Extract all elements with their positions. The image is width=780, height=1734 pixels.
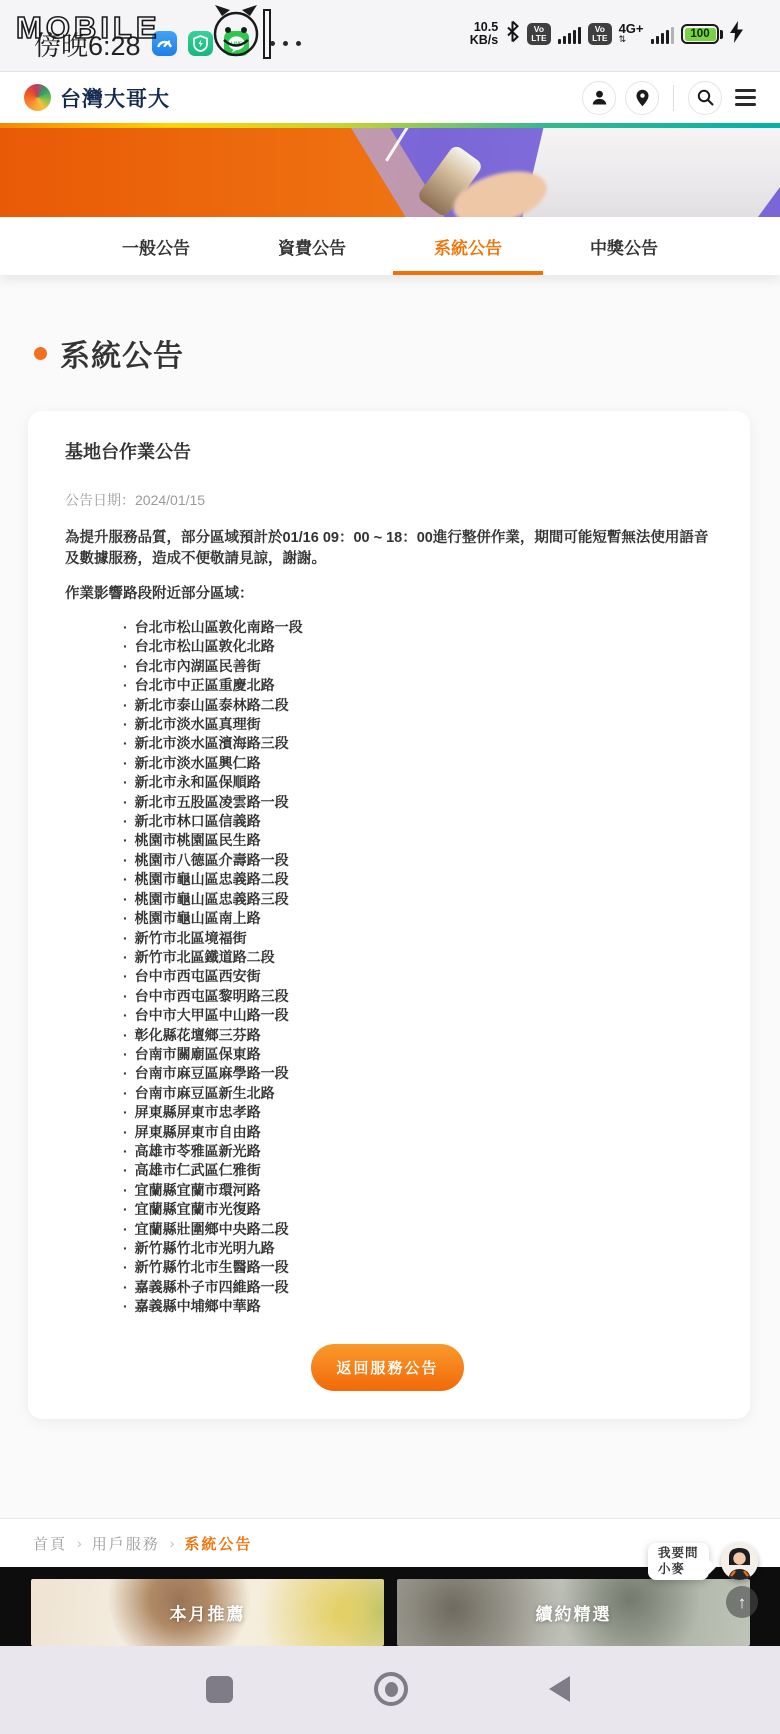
promo-label: 本月推薦 <box>170 1600 246 1625</box>
site-header: 台灣大哥大 <box>0 72 780 123</box>
affected-area-item: 高雄市仁武區仁雅街 <box>123 1161 710 1180</box>
announcement-tabs: 一般公告 資費公告 系統公告 中獎公告 <box>0 217 780 275</box>
tab-general[interactable]: 一般公告 <box>78 234 234 259</box>
chat-line1: 我要問 <box>658 1546 699 1562</box>
header-actions <box>582 81 756 115</box>
announcement-body: 為提升服務品質，部分區域預計於01/16 09：00 ~ 18：00進行整併作業… <box>65 528 710 570</box>
breadcrumb-separator-icon: › <box>170 1535 175 1551</box>
clock: 傍晚6:28 <box>34 24 141 63</box>
status-right-cluster: 10.5KB/s VoLTE VoLTE 4G+ ⇅ 100 <box>470 20 744 48</box>
volte-badge-2: VoLTE <box>588 23 611 45</box>
line-app-icon: LINE <box>224 31 249 56</box>
affected-area-item: 宜蘭縣壯圍鄉中央路二段 <box>123 1220 710 1239</box>
search-icon[interactable] <box>688 81 722 115</box>
battery-shield-icon <box>188 31 213 56</box>
bluetooth-icon <box>505 20 520 48</box>
section-heading: 系統公告 <box>34 335 780 371</box>
up-arrow-icon: ↑ <box>738 1594 747 1611</box>
store-locator-icon[interactable] <box>625 81 659 115</box>
affected-area-item: 新竹市北區境福街 <box>123 929 710 948</box>
affected-area-item: 嘉義縣中埔鄉中華路 <box>123 1297 710 1316</box>
announcement-title: 基地台作業公告 <box>65 438 710 464</box>
signal-bars-2-icon <box>651 25 675 44</box>
speedtest-icon <box>152 31 177 56</box>
affected-area-item: 高雄市苓雅區新光路 <box>123 1142 710 1161</box>
promo-card-monthly[interactable]: 本月推薦 <box>31 1579 384 1646</box>
recents-button[interactable] <box>206 1676 233 1703</box>
brand-name: 台灣大哥大 <box>60 83 170 113</box>
affected-area-item: 新北市林口區信義路 <box>123 812 710 831</box>
affected-area-item: 台北市中正區重慶北路 <box>123 676 710 695</box>
updown-arrows-icon: ⇅ <box>619 34 627 45</box>
breadcrumb-current: 系統公告 <box>184 1533 252 1554</box>
breadcrumb-customer-service[interactable]: 用戶服務 <box>92 1533 160 1554</box>
affected-area-item: 彰化縣花壇鄉三芬路 <box>123 1026 710 1045</box>
back-button[interactable] <box>549 1676 570 1702</box>
page-content: 系統公告 基地台作業公告 公告日期：2024/01/15 為提升服務品質，部分區… <box>0 275 780 1518</box>
affected-areas-list: 台北市松山區敦化南路一段台北市松山區敦化北路台北市內湖區民善街台北市中正區重慶北… <box>65 618 710 1317</box>
affected-area-item: 台中市大甲區中山路一段 <box>123 1006 710 1025</box>
active-tab-underline <box>393 271 543 275</box>
android-nav-bar <box>0 1646 780 1734</box>
affected-area-item: 新北市淡水區濱海路三段 <box>123 734 710 753</box>
status-left-cluster: 傍晚6:28 LINE <box>34 24 301 63</box>
page-title: 系統公告 <box>60 331 184 375</box>
affected-area-item: 新北市泰山區泰林路二段 <box>123 696 710 715</box>
announcement-date: 公告日期：2024/01/15 <box>65 490 710 510</box>
chatbot-avatar[interactable] <box>721 1543 758 1580</box>
breadcrumb-separator-icon: › <box>77 1535 82 1551</box>
affected-area-item: 新北市五股區凌雲路一段 <box>123 793 710 812</box>
account-icon[interactable] <box>582 81 616 115</box>
svg-text:LINE: LINE <box>230 41 242 47</box>
section-bullet-icon <box>34 347 47 360</box>
charging-bolt-icon <box>730 21 744 48</box>
phone-screen: MOBILE 傍晚6:28 LINE <box>0 0 780 1734</box>
affected-areas-intro: 作業影響路段附近部分區域： <box>65 584 710 605</box>
affected-area-item: 屏東縣屏東市自由路 <box>123 1123 710 1142</box>
banner-person-photo <box>520 128 780 217</box>
hero-banner <box>0 128 780 217</box>
announcement-card: 基地台作業公告 公告日期：2024/01/15 為提升服務品質，部分區域預計於0… <box>28 411 750 1419</box>
affected-area-item: 台南市麻豆區新生北路 <box>123 1084 710 1103</box>
affected-area-item: 桃園市八德區介壽路一段 <box>123 851 710 870</box>
affected-area-item: 屏東縣屏東市忠孝路 <box>123 1103 710 1122</box>
network-speed: 10.5KB/s <box>470 21 498 47</box>
affected-area-item: 台北市松山區敦化南路一段 <box>123 618 710 637</box>
affected-area-item: 新北市永和區保順路 <box>123 773 710 792</box>
header-divider <box>673 85 674 111</box>
brand[interactable]: 台灣大哥大 <box>24 83 170 113</box>
battery-level: 100 <box>685 28 716 41</box>
affected-area-item: 桃園市龜山區南上路 <box>123 909 710 928</box>
taiwan-mobile-logo-icon <box>24 84 51 111</box>
affected-area-item: 新竹縣竹北市光明九路 <box>123 1239 710 1258</box>
affected-area-item: 嘉義縣朴子市四維路一段 <box>123 1278 710 1297</box>
affected-area-item: 桃園市龜山區忠義路二段 <box>123 870 710 889</box>
affected-area-item: 桃園市桃園區民生路 <box>123 831 710 850</box>
more-notifications-icon <box>270 41 301 46</box>
menu-icon[interactable] <box>735 89 756 106</box>
chat-prompt-bubble[interactable]: 我要問 小麥 <box>648 1543 709 1580</box>
promo-card-renewal[interactable]: 續約精選 <box>397 1579 750 1646</box>
affected-area-item: 台南市關廟區保東路 <box>123 1045 710 1064</box>
affected-area-item: 台北市松山區敦化北路 <box>123 637 710 656</box>
affected-area-item: 新北市淡水區興仁路 <box>123 754 710 773</box>
affected-area-item: 台中市西屯區西安街 <box>123 967 710 986</box>
promo-label: 續約精選 <box>536 1600 612 1625</box>
affected-area-item: 新竹市北區鐵道路二段 <box>123 948 710 967</box>
tab-rates[interactable]: 資費公告 <box>234 234 390 259</box>
affected-area-item: 台北市內湖區民善街 <box>123 657 710 676</box>
affected-area-item: 桃園市龜山區忠義路三段 <box>123 890 710 909</box>
status-bar: MOBILE 傍晚6:28 LINE <box>0 0 780 72</box>
chat-line2: 小麥 <box>658 1562 699 1578</box>
tab-winners[interactable]: 中獎公告 <box>546 234 702 259</box>
network-type: 4G+ ⇅ <box>619 23 644 45</box>
affected-area-item: 宜蘭縣宜蘭市光復路 <box>123 1200 710 1219</box>
affected-area-item: 新北市淡水區真理街 <box>123 715 710 734</box>
home-button[interactable] <box>374 1672 408 1706</box>
tab-system[interactable]: 系統公告 <box>390 234 546 259</box>
breadcrumb-home[interactable]: 首頁 <box>33 1533 67 1554</box>
volte-badge: VoLTE <box>527 23 550 45</box>
battery-indicator: 100 <box>681 24 723 44</box>
affected-area-item: 新竹縣竹北市生醫路一段 <box>123 1258 710 1277</box>
back-to-announcements-button[interactable]: 返回服務公告 <box>311 1344 463 1391</box>
affected-area-item: 台中市西屯區黎明路三段 <box>123 987 710 1006</box>
signal-bars-icon <box>558 25 582 44</box>
scroll-to-top-button[interactable]: ↑ <box>726 1586 758 1618</box>
affected-area-item: 台南市麻豆區麻學路一段 <box>123 1064 710 1083</box>
affected-area-item: 宜蘭縣宜蘭市環河路 <box>123 1181 710 1200</box>
